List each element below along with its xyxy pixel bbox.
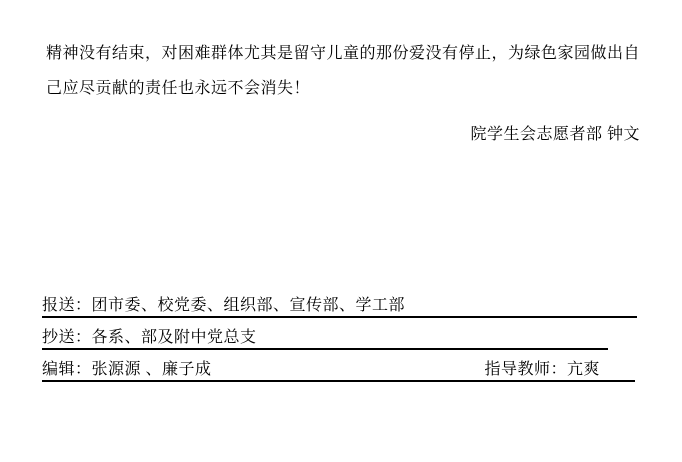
advisor-group: 指导教师：亢爽 xyxy=(484,360,600,380)
advisor-value: 亢爽 xyxy=(567,361,600,378)
editor-row: 编辑：张源源 、廉子成 指导教师：亢爽 xyxy=(42,360,635,382)
report-to-value: 团市委、校党委、组织部、宣传部、学工部 xyxy=(92,297,406,314)
copy-to-label: 抄送： xyxy=(42,329,92,346)
editor-value: 张源源 、廉子成 xyxy=(92,361,212,378)
editor-label: 编辑： xyxy=(42,361,92,378)
report-to-row: 报送：团市委、校党委、组织部、宣传部、学工部 xyxy=(42,296,637,318)
advisor-label: 指导教师： xyxy=(484,361,567,378)
report-to-label: 报送： xyxy=(42,297,92,314)
document-page: 精神没有结束，对困难群体尤其是留守儿童的那份爱没有停止，为绿色家园做出自己应尽贡… xyxy=(0,0,682,462)
signature-line: 院学生会志愿者部 钟文 xyxy=(46,122,640,148)
copy-to-row: 抄送：各系、部及附中党总支 xyxy=(42,328,608,350)
body-paragraph: 精神没有结束，对困难群体尤其是留守儿童的那份爱没有停止，为绿色家园做出自己应尽贡… xyxy=(46,36,640,106)
editor-group: 编辑：张源源 、廉子成 xyxy=(42,360,212,380)
copy-to-value: 各系、部及附中党总支 xyxy=(92,329,257,346)
